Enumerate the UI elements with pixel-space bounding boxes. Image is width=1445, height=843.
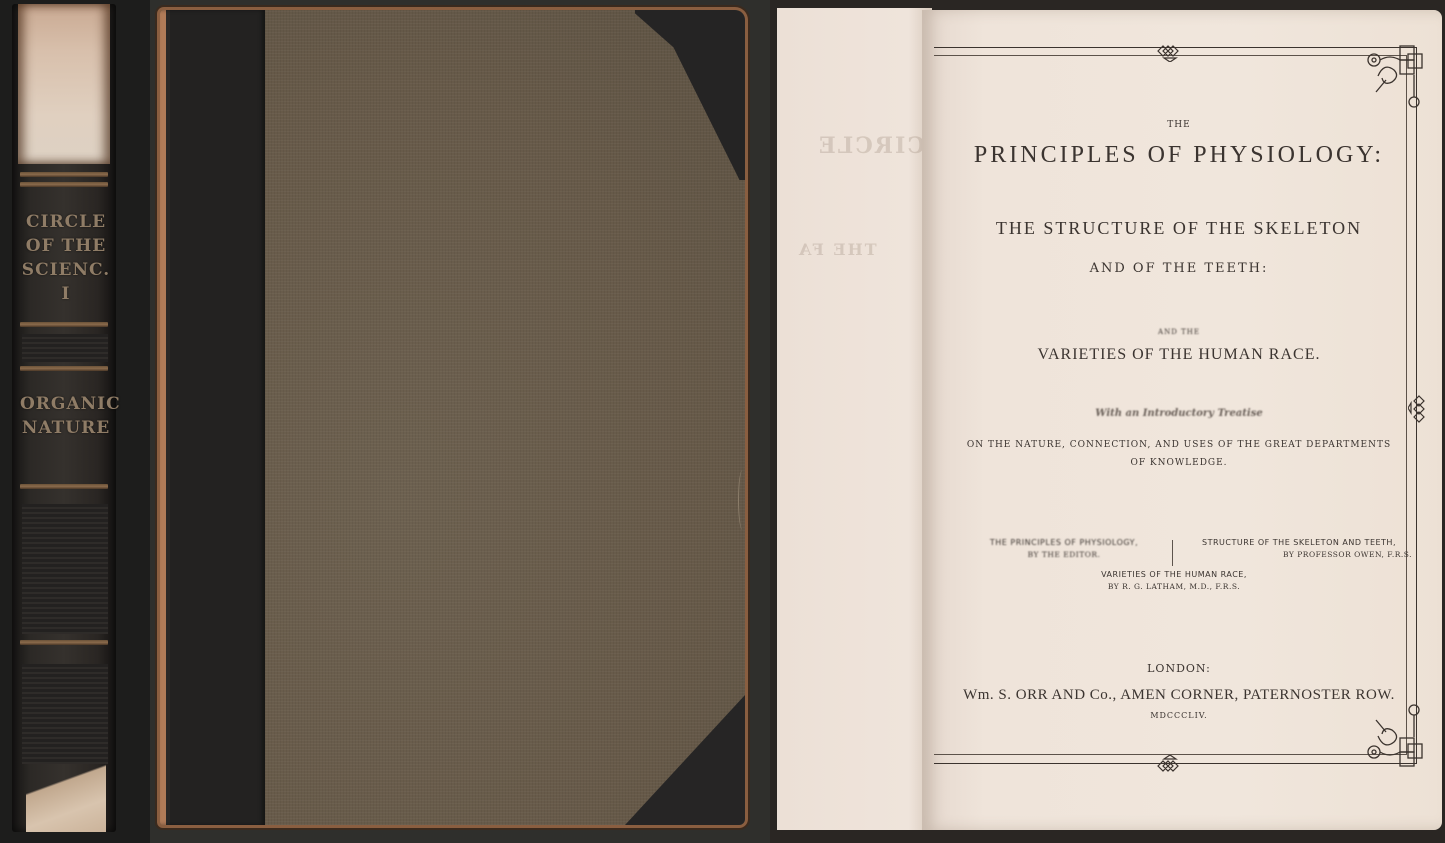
flyleaf-page: CIRCLE THE FA [777, 8, 932, 830]
subtitle-teeth: AND OF THE TEETH: [934, 261, 1424, 276]
conjunction-text: AND THE [934, 328, 1424, 336]
spine-volume: I [20, 282, 112, 306]
subtitle-human-race: VARIETIES OF THE HUMAN RACE. [934, 346, 1424, 364]
credit-title: STRUCTURE OF THE SKELETON AND TEETH, [1174, 538, 1424, 547]
spine-title: CIRCLE OF THE SCIENC. I [20, 210, 112, 306]
spine-band [20, 322, 108, 327]
spine-subject-line: ORGANIC [20, 392, 112, 416]
credit-title: THE PRINCIPLES OF PHYSIOLOGY, [954, 538, 1174, 547]
credit-entry: THE PRINCIPLES OF PHYSIOLOGY, BY THE EDI… [954, 538, 1174, 559]
imprint-year: MDCCCLIV. [934, 711, 1424, 720]
spine-band [20, 366, 108, 371]
spine-title-line: OF THE [20, 234, 112, 258]
credit-author: BY THE EDITOR. [954, 550, 1174, 559]
imprint-publisher: Wm. S. ORR AND Co., AMEN CORNER, PATERNO… [934, 687, 1424, 704]
book-spine: CIRCLE OF THE SCIENC. I ORGANIC NATURE [12, 4, 116, 832]
corner-flourish-icon [1354, 42, 1426, 112]
contents-credits: THE PRINCIPLES OF PHYSIOLOGY, BY THE EDI… [934, 538, 1424, 608]
divider [1172, 540, 1173, 566]
knot-icon [1150, 755, 1190, 777]
spine-band [20, 172, 108, 177]
title-page: THE PRINCIPLES OF PHYSIOLOGY: THE STRUCT… [922, 10, 1442, 830]
spine-band [20, 484, 108, 489]
bleed-through-text: CIRCLE [817, 133, 925, 159]
title-article: THE [934, 120, 1424, 130]
spine-worn-head [18, 4, 110, 164]
loose-thread [738, 470, 747, 530]
credit-title: VARIETIES OF THE HUMAN RACE, [1044, 570, 1304, 579]
spine-subject: ORGANIC NATURE [20, 392, 112, 440]
treatise-description-end: OF KNOWLEDGE. [934, 458, 1424, 468]
knot-icon [1150, 40, 1190, 62]
open-book-panel: CIRCLE THE FA [770, 0, 1445, 843]
credit-author: BY R. G. LATHAM, M.D., F.R.S. [1044, 582, 1304, 591]
spine-subject-line: NATURE [20, 416, 112, 440]
imprint-place: LONDON: [934, 662, 1424, 675]
treatise-description: ON THE NATURE, CONNECTION, AND USES OF T… [934, 440, 1424, 450]
spine-worn-tail [26, 752, 106, 832]
book-cover-panel [150, 0, 770, 843]
credit-entry: VARIETIES OF THE HUMAN RACE, BY R. G. LA… [1044, 570, 1304, 591]
book-front-cover [160, 10, 745, 825]
book-spine-panel: CIRCLE OF THE SCIENC. I ORGANIC NATURE [0, 0, 150, 843]
spine-title-line: SCIENC. [20, 258, 112, 282]
book-title: PRINCIPLES OF PHYSIOLOGY: [934, 142, 1424, 169]
spine-band [20, 640, 108, 645]
spine-leather-texture [22, 664, 108, 764]
bleed-through-text: THE FA [797, 240, 877, 259]
credit-entry: STRUCTURE OF THE SKELETON AND TEETH, BY … [1174, 538, 1424, 559]
spine-band [20, 182, 108, 187]
spine-panel-decoration [22, 334, 108, 362]
leather-spine-strip [160, 10, 265, 825]
treatise-intro: With an Introductory Treatise [934, 408, 1424, 419]
spine-leather-texture [22, 504, 108, 634]
credit-author: BY PROFESSOR OWEN, F.R.S. [1174, 550, 1424, 559]
spine-title-line: CIRCLE [20, 210, 112, 234]
subtitle-skeleton: THE STRUCTURE OF THE SKELETON [934, 218, 1424, 239]
